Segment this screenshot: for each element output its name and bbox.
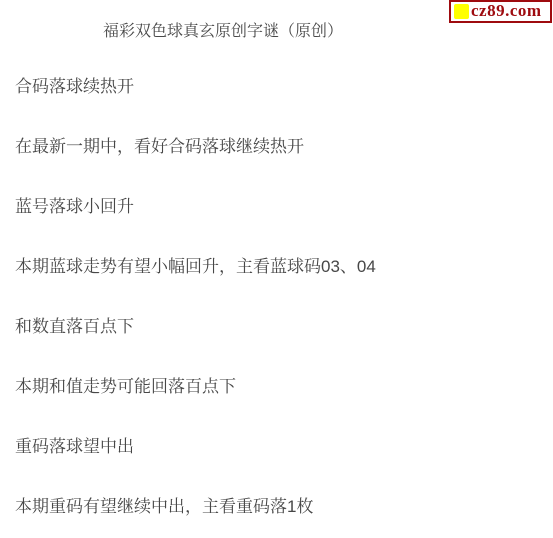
article-content: 福彩双色球真玄原创字谜（原创） 合码落球续热开 在最新一期中，看好合码落球继续热… <box>0 0 553 519</box>
riddle-explanation-1: 在最新一期中，看好合码落球继续热开 <box>15 135 553 159</box>
riddle-explanation-3: 本期和值走势可能回落百点下 <box>15 375 553 399</box>
riddle-explanation-4: 本期重码有望继续中出，主看重码落1枚 <box>15 495 553 519</box>
riddle-explanation-2: 本期蓝球走势有望小幅回升，主看蓝球码03、04 <box>15 255 553 279</box>
riddle-line-1: 合码落球续热开 <box>15 75 553 99</box>
logo-yellow-square-icon <box>454 4 469 19</box>
riddle-line-2: 蓝号落球小回升 <box>15 195 553 219</box>
page-title: 福彩双色球真玄原创字谜（原创） <box>15 20 431 44</box>
site-logo[interactable]: cz89.com <box>449 0 552 23</box>
riddle-line-4: 重码落球望中出 <box>15 435 553 459</box>
riddle-line-3: 和数直落百点下 <box>15 315 553 339</box>
site-logo-text[interactable]: cz89.com <box>471 2 542 21</box>
